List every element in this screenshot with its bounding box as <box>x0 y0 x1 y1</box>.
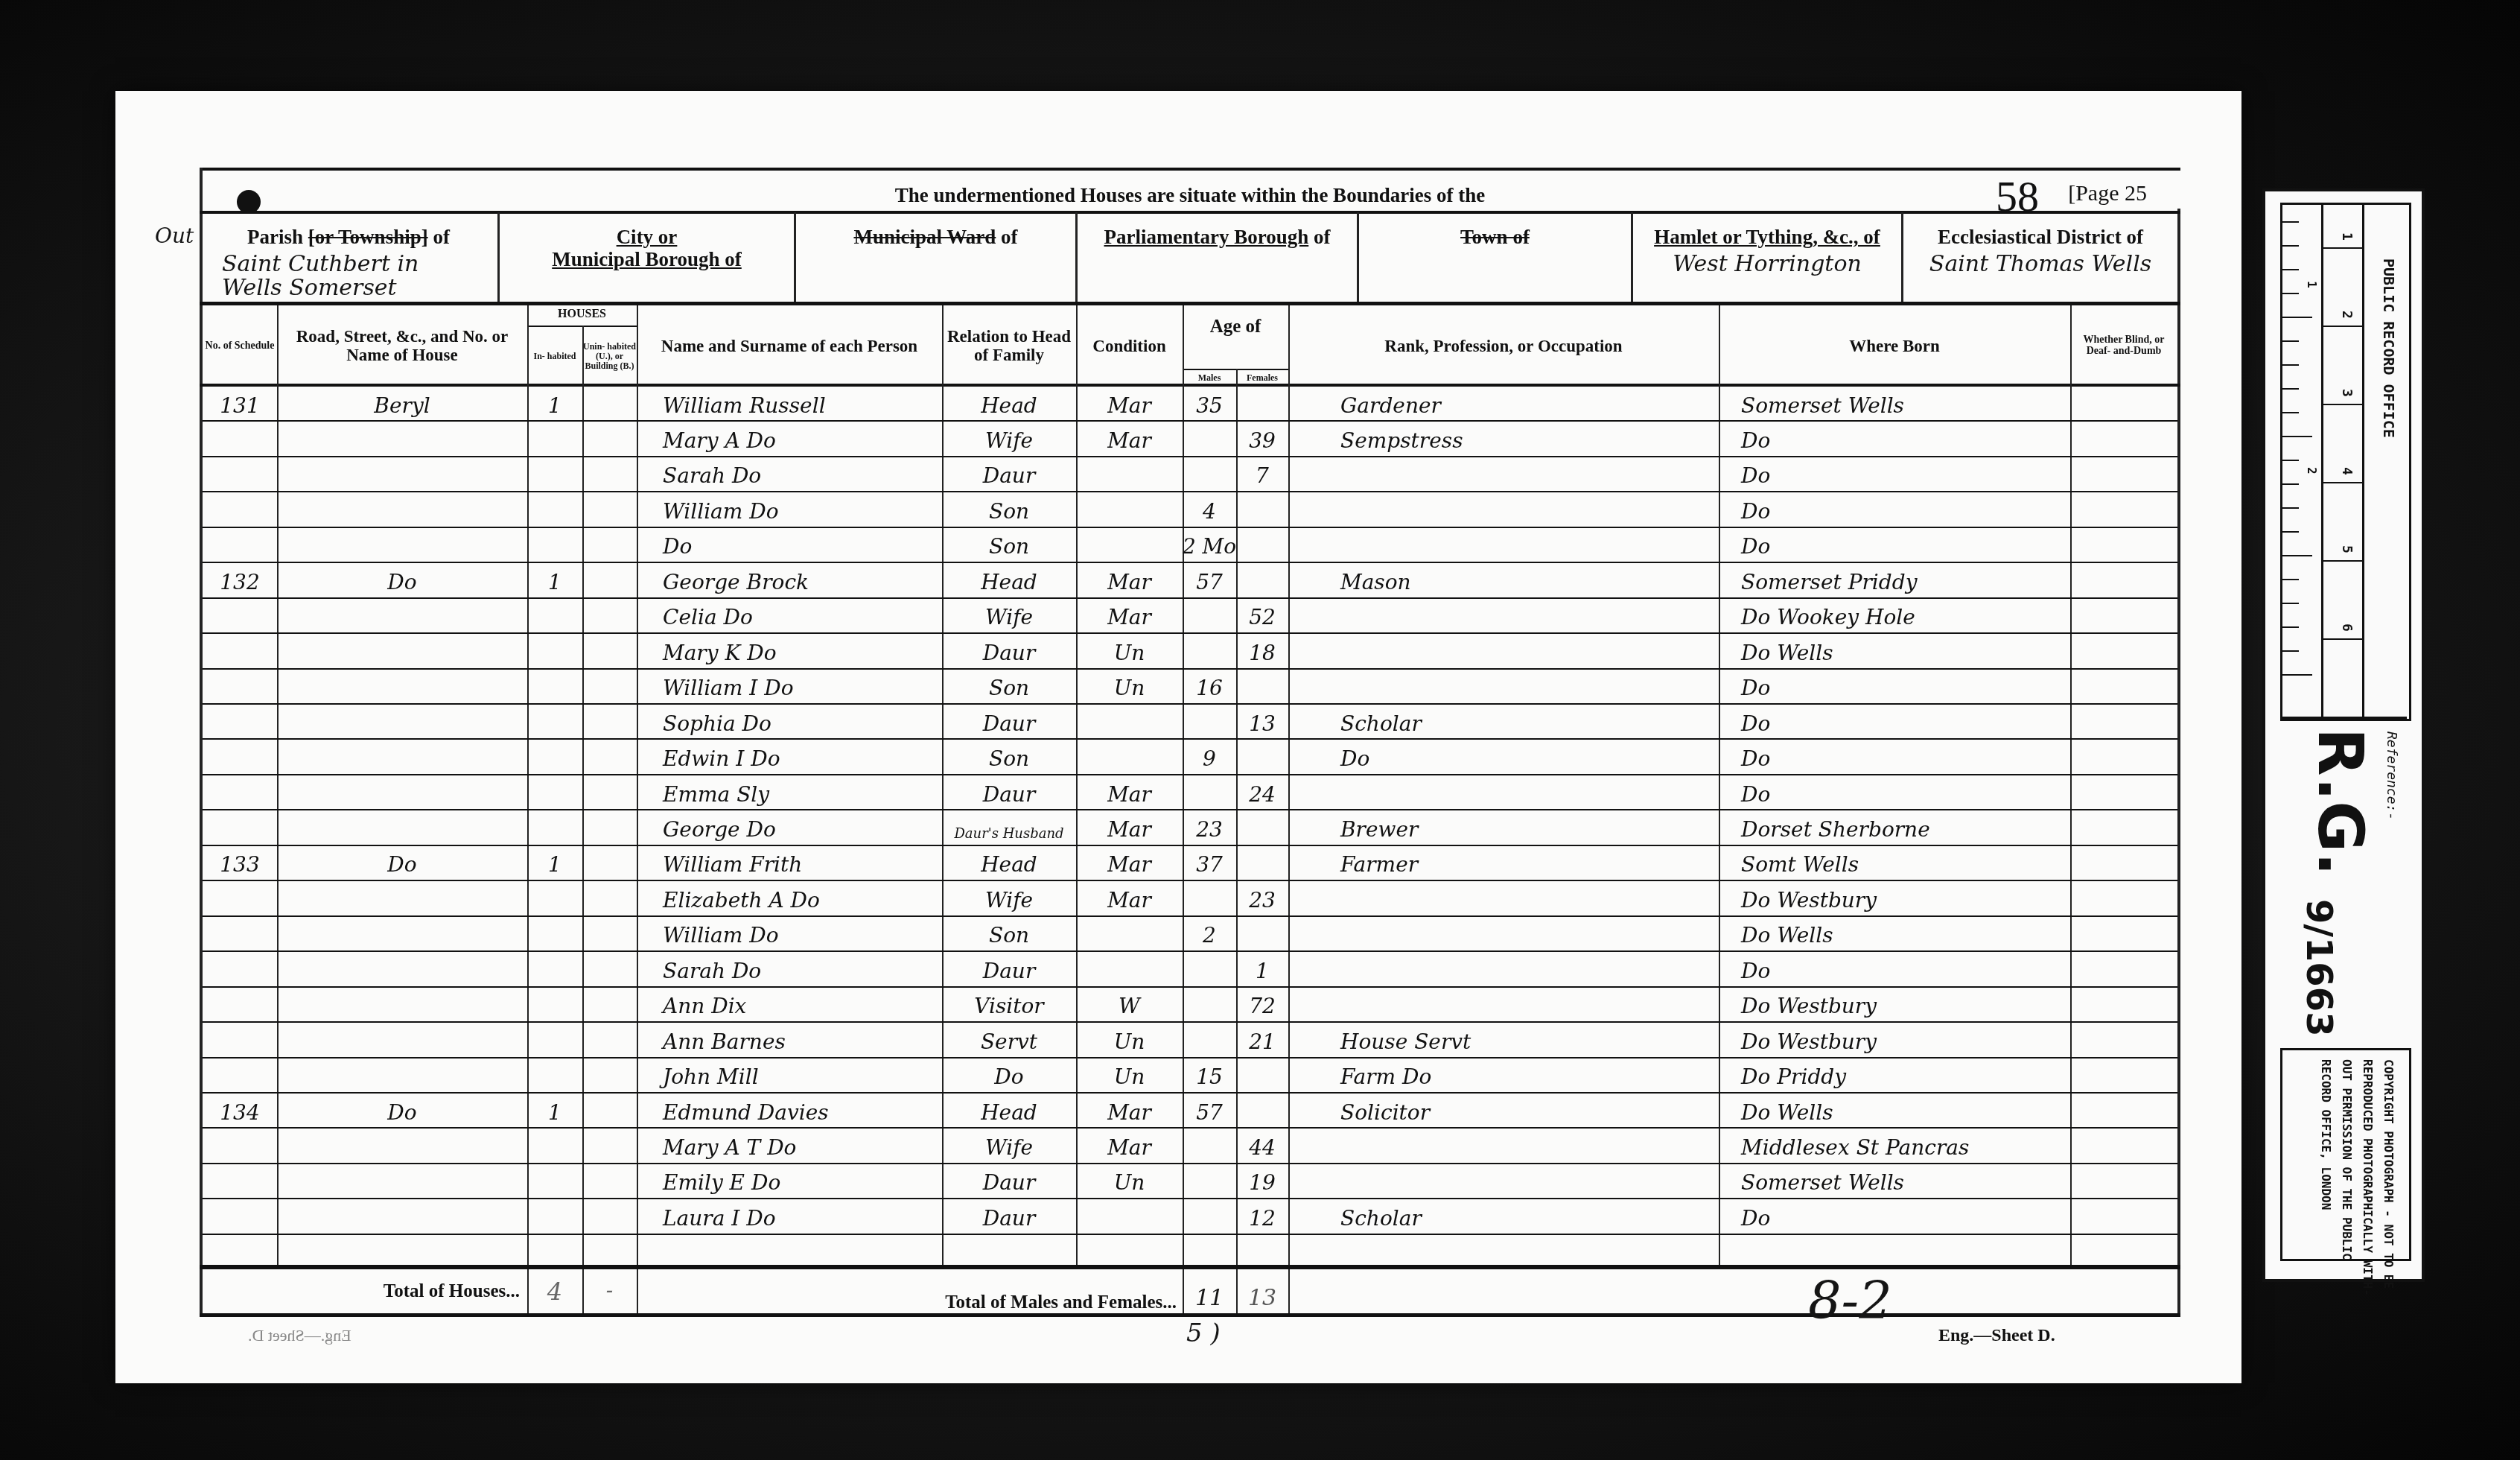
cell-inhabited <box>527 1058 582 1094</box>
cell-inhabited <box>527 917 582 953</box>
cell-name: Sophia Do <box>637 705 942 740</box>
cell-relation: Daur <box>942 457 1076 493</box>
cell-occupation: Sempstress <box>1288 422 1719 457</box>
cell-uninhabited <box>582 881 637 917</box>
cell-female-age <box>1236 1058 1288 1094</box>
boundary-city-label: City or Municipal Borough of <box>500 212 794 270</box>
reference-code: R.G. <box>2304 728 2377 876</box>
table-row: 134Do1Edmund DaviesHeadMar57SolicitorDo … <box>200 1094 2180 1129</box>
mirrored-sheet-label: Eng.—Sheet D. <box>248 1326 351 1345</box>
ruler-tick <box>2282 221 2299 223</box>
cell-name: Elizabeth A Do <box>637 881 942 917</box>
cell-where-born: Do Wells <box>1719 1094 2070 1129</box>
table-row: Elizabeth A DoWifeMar23Do Westbury <box>200 881 2180 917</box>
cell-female-age: 44 <box>1236 1129 1288 1164</box>
cell-schedule <box>203 528 277 564</box>
table-row: Sarah DoDaur1Do <box>200 952 2180 988</box>
cell-blind <box>2070 1094 2177 1129</box>
cell-relation: Head <box>942 387 1076 422</box>
cell-condition <box>1076 952 1183 988</box>
cell-where-born: Do Wookey Hole <box>1719 599 2070 635</box>
table-row: Emma SlyDaurMar24Do <box>200 775 2180 811</box>
table-row: George DoDaur's HusbandMar23BrewerDorset… <box>200 810 2180 846</box>
cell-inhabited: 1 <box>527 1094 582 1129</box>
cell-occupation <box>1288 952 1719 988</box>
cell-relation: Daur's Husband <box>942 810 1076 846</box>
sheet-label: Eng.—Sheet D. <box>1938 1326 2055 1346</box>
cell-female-age: 72 <box>1236 988 1288 1023</box>
cell-where-born: Do Wells <box>1719 634 2070 670</box>
cell-inhabited: 1 <box>527 387 582 422</box>
cell-blind <box>2070 422 2177 457</box>
cell-uninhabited <box>582 634 637 670</box>
col-header-condition: Condition <box>1076 305 1183 386</box>
col-header-road: Road, Street, &c., and No. or Name of Ho… <box>277 305 527 386</box>
cell-condition: Mar <box>1076 563 1183 599</box>
cell-condition <box>1076 528 1183 564</box>
cell-road <box>277 917 527 953</box>
cell-name: William Do <box>637 492 942 528</box>
ruler-tick <box>2282 340 2299 342</box>
cell-uninhabited <box>582 457 637 493</box>
cell-male-age: 57 <box>1183 1094 1236 1129</box>
cell-road: Do <box>277 846 527 882</box>
boundary-city: City or Municipal Borough of <box>500 212 794 303</box>
cell-blind <box>2070 1164 2177 1200</box>
cell-uninhabited <box>582 775 637 811</box>
cell-road: Beryl <box>277 387 527 422</box>
cell-road <box>277 952 527 988</box>
cell-road <box>277 705 527 740</box>
cell-relation: Daur <box>942 705 1076 740</box>
cell-occupation: House Servt <box>1288 1023 1719 1058</box>
cell-uninhabited <box>582 528 637 564</box>
boundary-parish: Parish [or Township] of Saint Cuthbert i… <box>200 212 497 303</box>
boundary-town: Town of <box>1359 212 1631 303</box>
cell-uninhabited <box>582 740 637 776</box>
cell-female-age: 18 <box>1236 634 1288 670</box>
cell-road <box>277 634 527 670</box>
cell-female-age <box>1236 740 1288 776</box>
cell-female-age <box>1236 528 1288 564</box>
cell-name: Edmund Davies <box>637 1094 942 1129</box>
cell-occupation: Do <box>1288 740 1719 776</box>
cell-blind <box>2070 846 2177 882</box>
cell-occupation: Farmer <box>1288 846 1719 882</box>
cell-where-born: Do <box>1719 952 2070 988</box>
cell-occupation <box>1288 634 1719 670</box>
cell-where-born: Do <box>1719 492 2070 528</box>
ruler-tick <box>2282 293 2299 294</box>
cell-name: Ann Barnes <box>637 1023 942 1058</box>
cell-schedule: 131 <box>203 387 277 422</box>
card-divider <box>2280 717 2407 719</box>
cell-uninhabited <box>582 387 637 422</box>
cell-blind <box>2070 1023 2177 1058</box>
cell-schedule <box>203 881 277 917</box>
corner-mark: 8-2 <box>1808 1270 1892 1331</box>
boundary-town-label: Town of <box>1359 212 1631 248</box>
cell-condition: Mar <box>1076 775 1183 811</box>
cell-name: Edwin I Do <box>637 740 942 776</box>
cell-road <box>277 1129 527 1164</box>
cell-inhabited <box>527 492 582 528</box>
cell-inhabited: 1 <box>527 846 582 882</box>
cell-relation: Servt <box>942 1023 1076 1058</box>
table-row: 132Do1George BrockHeadMar57MasonSomerset… <box>200 563 2180 599</box>
cell-condition <box>1076 1199 1183 1235</box>
ruler-divider <box>2323 404 2362 405</box>
cell-inhabited <box>527 1164 582 1200</box>
cell-male-age: 57 <box>1183 563 1236 599</box>
cell-uninhabited <box>582 422 637 457</box>
cell-relation: Visitor <box>942 988 1076 1023</box>
ruler-tick <box>2282 674 2312 676</box>
cell-schedule <box>203 670 277 705</box>
cell-uninhabited <box>582 492 637 528</box>
cell-condition: Mar <box>1076 422 1183 457</box>
cell-male-age: 2 Mo <box>1183 528 1236 564</box>
cell-occupation <box>1288 1164 1719 1200</box>
table-row: Celia DoWifeMar52Do Wookey Hole <box>200 599 2180 635</box>
cell-where-born: Do <box>1719 670 2070 705</box>
ruler-divider <box>2323 247 2362 249</box>
boundary-parish-value: Saint Cuthbert in Wells Somerset <box>200 253 497 300</box>
cell-where-born: Do <box>1719 1199 2070 1235</box>
cell-male-age: 2 <box>1183 917 1236 953</box>
cell-road <box>277 775 527 811</box>
cell-blind <box>2070 457 2177 493</box>
row-divider <box>203 1234 2177 1235</box>
cell-male-age <box>1183 634 1236 670</box>
col-header-blind: Whether Blind, or Deaf- and-Dumb <box>2070 305 2177 386</box>
cell-road <box>277 599 527 635</box>
cell-blind <box>2070 599 2177 635</box>
cell-relation: Head <box>942 1094 1076 1129</box>
cell-schedule: 133 <box>203 846 277 882</box>
cell-relation: Wife <box>942 1129 1076 1164</box>
cell-male-age: 35 <box>1183 387 1236 422</box>
cell-female-age: 52 <box>1236 599 1288 635</box>
boundary-hamlet-label: Hamlet or Tything, &c., of <box>1633 212 1901 248</box>
cell-blind <box>2070 952 2177 988</box>
ruler-tick <box>2282 483 2299 485</box>
cell-where-born: Do Wells <box>1719 917 2070 953</box>
ruler-tick <box>2282 626 2299 628</box>
cell-schedule: 134 <box>203 1094 277 1129</box>
cell-name: Ann Dix <box>637 988 942 1023</box>
page-label: [Page 25 <box>2068 181 2147 206</box>
cell-occupation: Farm Do <box>1288 1058 1719 1094</box>
cell-blind <box>2070 1199 2177 1235</box>
cell-inhabited <box>527 988 582 1023</box>
cell-name: Mary A Do <box>637 422 942 457</box>
cell-male-age: 23 <box>1183 810 1236 846</box>
cell-condition: Mar <box>1076 810 1183 846</box>
cell-female-age <box>1236 492 1288 528</box>
col-header-name: Name and Surname of each Person <box>637 305 942 386</box>
cell-uninhabited <box>582 810 637 846</box>
cell-male-age <box>1183 881 1236 917</box>
cell-blind <box>2070 492 2177 528</box>
boundary-ecclesiastical-label: Ecclesiastical District of <box>1903 212 2177 248</box>
cell-condition: Mar <box>1076 1094 1183 1129</box>
cell-inhabited <box>527 952 582 988</box>
col-header-occupation: Rank, Profession, or Occupation <box>1288 305 1719 386</box>
cell-blind <box>2070 528 2177 564</box>
cell-where-born: Do <box>1719 705 2070 740</box>
cell-male-age <box>1183 705 1236 740</box>
cell-condition: Un <box>1076 670 1183 705</box>
cell-inhabited: 1 <box>527 563 582 599</box>
cell-condition: Un <box>1076 634 1183 670</box>
ruler-number: 3 <box>2339 389 2355 397</box>
cell-occupation <box>1288 492 1719 528</box>
cell-female-age <box>1236 810 1288 846</box>
cell-road <box>277 457 527 493</box>
cell-uninhabited <box>582 952 637 988</box>
table-row: Sophia DoDaur13ScholarDo <box>200 705 2180 740</box>
cell-name: Mary K Do <box>637 634 942 670</box>
cell-blind <box>2070 1129 2177 1164</box>
cell-occupation: Scholar <box>1288 705 1719 740</box>
cell-inhabited <box>527 457 582 493</box>
cell-road <box>277 528 527 564</box>
copyright-line: REPRODUCED PHOTOGRAPHICALLY WITH- <box>2361 1059 2375 1296</box>
cell-name: Celia Do <box>637 599 942 635</box>
cell-female-age: 21 <box>1236 1023 1288 1058</box>
cell-occupation <box>1288 917 1719 953</box>
table-row: Ann BarnesServtUn21House ServtDo Westbur… <box>200 1023 2180 1058</box>
boundary-ward: Municipal Ward of <box>796 212 1075 303</box>
cell-name: George Brock <box>637 563 942 599</box>
cell-name: Mary A T Do <box>637 1129 942 1164</box>
cell-where-born: Somt Wells <box>1719 846 2070 882</box>
cell-occupation: Scholar <box>1288 1199 1719 1235</box>
ruler-tick <box>2282 650 2299 652</box>
boundary-hamlet-value: West Horrington <box>1633 253 1901 276</box>
cell-inhabited <box>527 1199 582 1235</box>
cell-uninhabited <box>582 705 637 740</box>
cell-name: Sarah Do <box>637 457 942 493</box>
cell-name: Do <box>637 528 942 564</box>
cell-blind <box>2070 917 2177 953</box>
ruler-tick <box>2282 531 2299 533</box>
ruler-tick <box>2282 603 2299 604</box>
cell-condition: Mar <box>1076 599 1183 635</box>
cell-relation: Wife <box>942 422 1076 457</box>
header-title: The undermentioned Houses are situate wi… <box>200 184 2180 207</box>
cell-relation: Daur <box>942 634 1076 670</box>
cell-blind <box>2070 810 2177 846</box>
cell-road <box>277 740 527 776</box>
cell-road <box>277 1058 527 1094</box>
cell-where-born: Do <box>1719 528 2070 564</box>
cell-female-age: 1 <box>1236 952 1288 988</box>
cell-road <box>277 1164 527 1200</box>
table-row: Mary A DoWifeMar39SempstressDo <box>200 422 2180 457</box>
cell-inhabited <box>527 881 582 917</box>
ruler-tick <box>2282 317 2312 318</box>
cell-name: Laura I Do <box>637 1199 942 1235</box>
cell-occupation: Gardener <box>1288 387 1719 422</box>
cell-schedule <box>203 1199 277 1235</box>
totals-top-border <box>200 1265 2180 1269</box>
cell-uninhabited <box>582 563 637 599</box>
ruler-divider <box>2323 560 2362 562</box>
cell-blind <box>2070 988 2177 1023</box>
table-row: John MillDoUn15Farm DoDo Priddy <box>200 1058 2180 1094</box>
cell-where-born: Somerset Wells <box>1719 1164 2070 1200</box>
reference-label: Reference:- <box>2384 731 2399 820</box>
cell-schedule <box>203 599 277 635</box>
cell-schedule <box>203 457 277 493</box>
cell-occupation <box>1288 599 1719 635</box>
col-header-uninhabited: Unin- habited (U.), or Building (B.) <box>582 327 637 386</box>
cell-male-age: 4 <box>1183 492 1236 528</box>
cell-blind <box>2070 740 2177 776</box>
cell-occupation <box>1288 775 1719 811</box>
cell-female-age <box>1236 1094 1288 1129</box>
cell-name: Emma Sly <box>637 775 942 811</box>
cell-inhabited <box>527 422 582 457</box>
cell-schedule <box>203 422 277 457</box>
cell-female-age <box>1236 387 1288 422</box>
cell-condition: Un <box>1076 1164 1183 1200</box>
cell-relation: Daur <box>942 1164 1076 1200</box>
total-persons-label: Total of Males and Females... <box>646 1292 1177 1313</box>
cell-condition: Mar <box>1076 881 1183 917</box>
cell-relation: Son <box>942 917 1076 953</box>
ruler-tick <box>2282 269 2299 270</box>
cell-name: William I Do <box>637 670 942 705</box>
cell-inhabited <box>527 599 582 635</box>
cell-condition: Mar <box>1076 846 1183 882</box>
total-houses-label: Total of Houses... <box>200 1281 520 1302</box>
ruler-divider <box>2323 482 2362 483</box>
ruler-tick <box>2282 555 2312 556</box>
cell-inhabited <box>527 740 582 776</box>
cell-inhabited <box>527 634 582 670</box>
cell-inhabited <box>527 528 582 564</box>
cell-condition: Mar <box>1076 1129 1183 1164</box>
table-row: Sarah DoDaur7Do <box>200 457 2180 493</box>
col-header-age: Age of <box>1183 317 1288 337</box>
ruler-number: 2 <box>2339 311 2355 319</box>
cell-where-born: Do Priddy <box>1719 1058 2070 1094</box>
cell-name: John Mill <box>637 1058 942 1094</box>
total-males: 11 <box>1183 1285 1236 1311</box>
boundary-parish-label: Parish [or Township] of <box>200 212 497 248</box>
cell-schedule <box>203 775 277 811</box>
table-row: Edwin I DoSon9DoDo <box>200 740 2180 776</box>
cell-relation: Son <box>942 492 1076 528</box>
cell-where-born: Do <box>1719 422 2070 457</box>
cell-name: Emily E Do <box>637 1164 942 1200</box>
ruler-number: 5 <box>2339 545 2355 553</box>
cell-male-age <box>1183 1199 1236 1235</box>
cell-schedule <box>203 917 277 953</box>
cell-schedule <box>203 1164 277 1200</box>
cell-inhabited <box>527 705 582 740</box>
col-header-where-born: Where Born <box>1719 305 2070 386</box>
total-inhabited: 4 <box>527 1277 582 1306</box>
cell-male-age: 37 <box>1183 846 1236 882</box>
cell-uninhabited <box>582 1094 637 1129</box>
total-females: 13 <box>1236 1285 1288 1311</box>
parish-margin-note: Out <box>155 223 194 248</box>
cell-inhabited <box>527 775 582 811</box>
cell-occupation <box>1288 1129 1719 1164</box>
cell-condition <box>1076 740 1183 776</box>
cell-relation: Head <box>942 846 1076 882</box>
cell-blind <box>2070 705 2177 740</box>
cell-inhabited <box>527 670 582 705</box>
form-top-border <box>200 168 2180 171</box>
cell-condition <box>1076 917 1183 953</box>
cell-female-age <box>1236 917 1288 953</box>
col-header-relation: Relation to Head of Family <box>942 305 1076 386</box>
cell-relation: Wife <box>942 881 1076 917</box>
table-row: 131Beryl1William RussellHeadMar35Gardene… <box>200 387 2180 422</box>
cell-occupation <box>1288 670 1719 705</box>
cell-uninhabited <box>582 988 637 1023</box>
cell-female-age <box>1236 563 1288 599</box>
cell-female-age: 12 <box>1236 1199 1288 1235</box>
cell-male-age <box>1183 988 1236 1023</box>
cell-female-age: 19 <box>1236 1164 1288 1200</box>
table-row: Mary K DoDaurUn18Do Wells <box>200 634 2180 670</box>
cell-inhabited <box>527 810 582 846</box>
cell-female-age <box>1236 846 1288 882</box>
cell-road <box>277 810 527 846</box>
ruler-tick <box>2282 388 2299 390</box>
cell-female-age <box>1236 670 1288 705</box>
cell-relation: Son <box>942 740 1076 776</box>
cell-occupation: Mason <box>1288 563 1719 599</box>
cell-name: George Do <box>637 810 942 846</box>
cell-blind <box>2070 387 2177 422</box>
cell-uninhabited <box>582 1023 637 1058</box>
ruler-inch-number: 1 <box>2305 281 2319 288</box>
cell-male-age: 9 <box>1183 740 1236 776</box>
census-form: The undermentioned Houses are situate wi… <box>200 168 2180 1316</box>
cell-schedule <box>203 988 277 1023</box>
cell-schedule <box>203 740 277 776</box>
boundary-parliamentary-label: Parliamentary Borough of <box>1078 212 1357 248</box>
boundary-parliamentary: Parliamentary Borough of <box>1078 212 1357 303</box>
table-row: Laura I DoDaur12ScholarDo <box>200 1199 2180 1235</box>
cell-female-age: 24 <box>1236 775 1288 811</box>
cell-where-born: Dorset Sherborne <box>1719 810 2070 846</box>
cell-inhabited <box>527 1129 582 1164</box>
cell-blind <box>2070 634 2177 670</box>
cell-relation: Daur <box>942 1199 1076 1235</box>
cell-uninhabited <box>582 1199 637 1235</box>
cell-schedule <box>203 1058 277 1094</box>
cell-where-born: Somerset Wells <box>1719 387 2070 422</box>
cell-schedule <box>203 492 277 528</box>
cell-where-born: Do Westbury <box>1719 988 2070 1023</box>
below-totals-note: 5 ) <box>1186 1318 1276 1348</box>
cell-female-age: 39 <box>1236 422 1288 457</box>
cell-occupation <box>1288 457 1719 493</box>
cell-male-age <box>1183 599 1236 635</box>
ruler-number: 6 <box>2339 623 2355 632</box>
col-header-houses: HOUSES <box>527 308 637 321</box>
public-record-office-label: PUBLIC RECORD OFFICE <box>2380 258 2398 438</box>
copyright-line: COPYRIGHT PHOTOGRAPH - NOT TO BE <box>2381 1059 2396 1289</box>
